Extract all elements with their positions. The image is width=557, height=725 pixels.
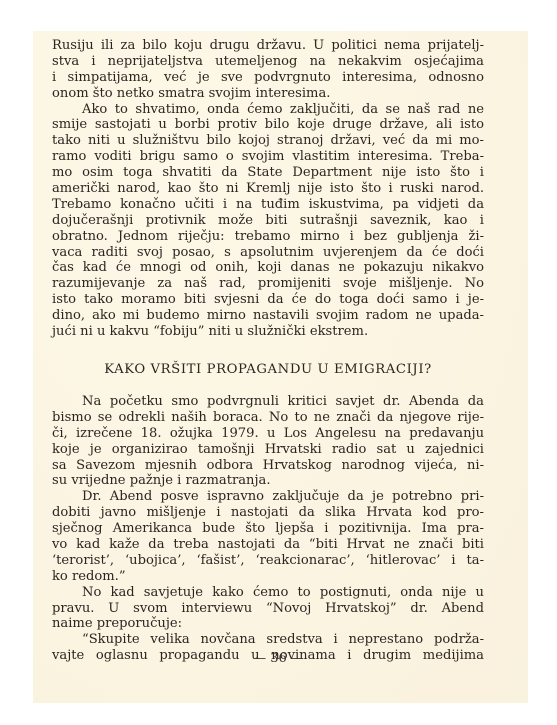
text-line: No kad savjetuje kako ćemo to postignuti…	[52, 585, 484, 601]
text-line: ko redom.”	[52, 569, 484, 585]
text-line: sječnog Amerikanca bude što ljepša i poz…	[52, 521, 484, 537]
text-line: američki narod, kao što ni Kremlj nije i…	[52, 181, 484, 197]
text-line: Na početku smo podvrgnuli kritici savjet…	[52, 394, 484, 410]
text-line: koje je organizirao tamošnji Hrvatski ra…	[52, 442, 484, 458]
text-line: vaca raditi svoj posao, s apsolutnim uvj…	[52, 245, 484, 261]
text-line: sa Savezom mjesnih odbora Hrvatskog naro…	[52, 458, 484, 474]
text-line: dino, ako mi budemo mirno nastavili svoj…	[52, 308, 484, 324]
text-line: “Skupite velika novčana sredstva i nepre…	[52, 632, 484, 648]
text-line: Rusiju ili za bilo koju drugu državu. U …	[52, 38, 484, 54]
text-line: onom što netko smatra svojim interesima.	[52, 86, 484, 102]
body-text-section-2: Na početku smo podvrgnuli kritici savjet…	[52, 394, 484, 664]
text-line: Trebamo konačno učiti i na tuđim iskustv…	[52, 197, 484, 213]
text-line: dojučerašnji protivnik može biti sutrašn…	[52, 213, 484, 229]
text-line: obratno. Jednom riječju: trebamo mirno i…	[52, 229, 484, 245]
text-line: razumijevanje za naš rad, promijeniti sv…	[52, 276, 484, 292]
text-line: su vrijedne pažnje i razmatranja.	[52, 473, 484, 489]
text-line: stva i neprijateljstva utemeljenog na ne…	[52, 54, 484, 70]
body-text-section-1: Rusiju ili za bilo koju drugu državu. U …	[52, 38, 484, 340]
text-line: isto tako moramo biti svjesni da će do t…	[52, 292, 484, 308]
text-line: ramo voditi brigu samo o svojim vlastiti…	[52, 149, 484, 165]
page-number: — 36 —	[0, 651, 557, 666]
text-line: Dr. Abend posve ispravno zaključuje da j…	[52, 489, 484, 505]
text-line: Ako to shvatimo, onda ćemo zaključiti, d…	[52, 102, 484, 118]
text-line: naime preporučuje:	[52, 616, 484, 632]
text-line: pravu. U svom interviewu “Novoj Hrvatsko…	[52, 601, 484, 617]
text-line: smije sastojati u borbi protiv bilo koje…	[52, 117, 484, 133]
text-line: jući ni u kakvu “fobiju” niti u služničk…	[52, 324, 484, 340]
text-line: čas kad će mnogi od onih, koji danas ne …	[52, 260, 484, 276]
text-line: dobiti javno mišljenje i nastojati da sl…	[52, 505, 484, 521]
text-line: či, izrečene 18. ožujka 1979. u Los Ange…	[52, 426, 484, 442]
text-line: tako niti u služništvu bilo kojoj strano…	[52, 133, 484, 149]
text-line: i simpatijama, već je sve podvrgnuto int…	[52, 70, 484, 86]
text-line: bismo se odrekli naših boraca. No to ne …	[52, 410, 484, 426]
text-line: mo osim toga shvatiti da State Departmen…	[52, 165, 484, 181]
section-heading: KAKO VRŠITI PROPAGANDU U EMIGRACIJI?	[52, 362, 484, 377]
text-line: ‘terorist’, ‘ubojica’, ‘fašist’, ‘reakci…	[52, 553, 484, 569]
text-line: vo kad kaže da treba nastojati da “biti …	[52, 537, 484, 553]
